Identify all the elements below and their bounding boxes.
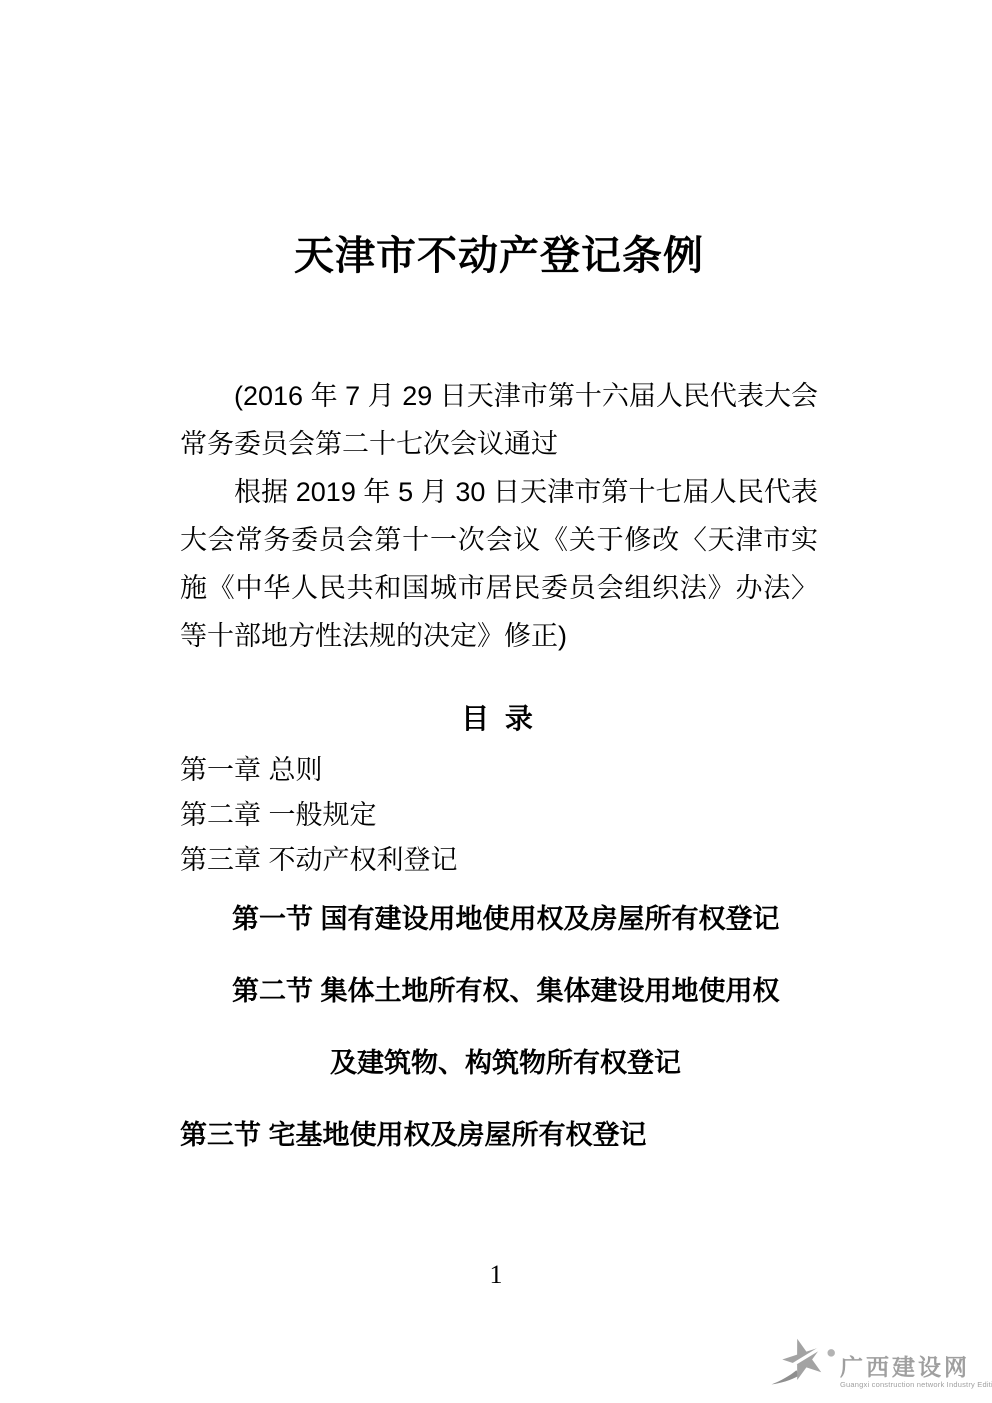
toc-chapter-list: 第一章 总则 第二章 一般规定 第三章 不动产权利登记 xyxy=(180,748,818,883)
document-title: 天津市不动产登记条例 xyxy=(180,232,818,280)
document-content: 天津市不动产登记条例 (2016 年 7 月 29 日天津市第十六届人民代表大会… xyxy=(180,0,818,1171)
watermark-site-name: 广西建设网 xyxy=(840,1354,990,1380)
toc-section-item: 第三节 宅基地使用权及房屋所有权登记 xyxy=(180,1099,818,1171)
watermark: 广西建设网 Guangxi construction network Indus… xyxy=(769,1333,990,1391)
intro-block: (2016 年 7 月 29 日天津市第十六届人民代表大会常务委员会第二十七次会… xyxy=(180,372,818,660)
watermark-text-block: 广西建设网 Guangxi construction network Indus… xyxy=(840,1354,990,1391)
toc-chapter-item: 第一章 总则 xyxy=(180,748,818,793)
document-page: 天津市不动产登记条例 (2016 年 7 月 29 日天津市第十六届人民代表大会… xyxy=(0,0,992,1403)
toc-section-item: 第二节 集体土地所有权、集体建设用地使用权 xyxy=(180,955,818,1027)
toc-section-item: 第一节 国有建设用地使用权及房屋所有权登记 xyxy=(180,883,818,955)
intro-paragraph: (2016 年 7 月 29 日天津市第十六届人民代表大会常务委员会第二十七次会… xyxy=(180,372,818,468)
toc-section-item-continuation: 及建筑物、构筑物所有权登记 xyxy=(180,1027,818,1099)
toc-heading: 目 录 xyxy=(180,695,818,743)
watermark-tagline: Guangxi construction network Industry Ed… xyxy=(840,1380,990,1390)
toc-chapter-item: 第二章 一般规定 xyxy=(180,793,818,838)
toc-chapter-item: 第三章 不动产权利登记 xyxy=(180,838,818,883)
intro-paragraph: 根据 2019 年 5 月 30 日天津市第十七届人民代表大会常务委员会第十一次… xyxy=(180,468,818,660)
page-number: 1 xyxy=(0,1258,992,1292)
toc-section-list: 第一节 国有建设用地使用权及房屋所有权登记 第二节 集体土地所有权、集体建设用地… xyxy=(180,883,818,1171)
star-logo-icon xyxy=(769,1333,837,1391)
